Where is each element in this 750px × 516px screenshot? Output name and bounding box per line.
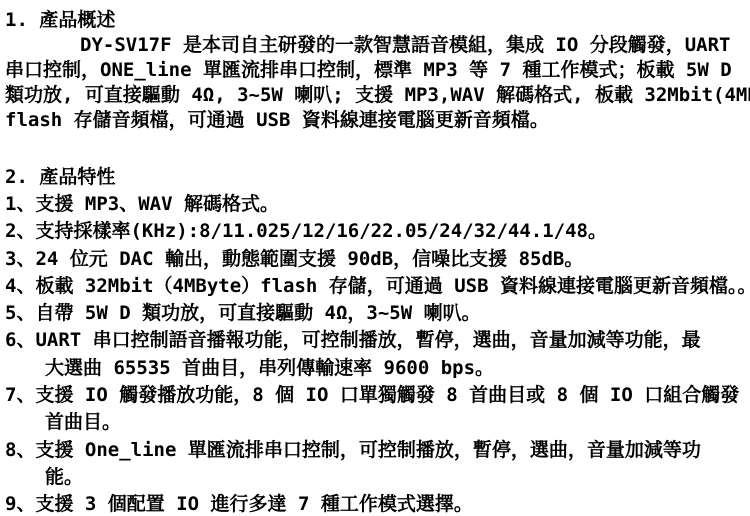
section-features: 2. 產品特性 1、支援 MP3、WAV 解碼格式。 2、支持採樣率(KHz):…: [5, 163, 750, 516]
feature-line: 3、24 位元 DAC 輸出，動態範圍支援 90dB，信噪比支援 85dB。: [5, 246, 750, 273]
feature-line: 4、板載 32Mbit（4MByte）flash 存儲，可通過 USB 資料線連…: [5, 273, 750, 300]
feature-line: 1、支援 MP3、WAV 解碼格式。: [5, 191, 750, 218]
feature-line: 7、支援 IO 觸發播放功能，8 個 IO 口單獨觸發 8 首曲目或 8 個 I…: [5, 382, 750, 409]
document-page: 1. 產品概述 DY-SV17F 是本司自主研發的一款智慧語音模組，集成 IO …: [0, 0, 750, 516]
overview-line: 串口控制，ONE_line 單匯流排串口控制，標準 MP3 等 7 種工作模式；…: [5, 58, 750, 83]
overview-line: DY-SV17F 是本司自主研發的一款智慧語音模組，集成 IO 分段觸發，UAR…: [5, 33, 750, 58]
feature-line: 5、自帶 5W D 類功放，可直接驅動 4Ω，3~5W 喇叭。: [5, 300, 750, 327]
feature-line-continuation: 能。: [5, 464, 750, 491]
feature-line: 9、支援 3 個配置 IO 進行多達 7 種工作模式選擇。: [5, 491, 750, 516]
section2-heading: 2. 產品特性: [5, 163, 750, 191]
overview-line: 類功放, 可直接驅動 4Ω, 3~5W 喇叭; 支援 MP3,WAV 解碼格式,…: [5, 83, 750, 108]
feature-line: 6、UART 串口控制語音播報功能，可控制播放，暫停，選曲，音量加減等功能，最: [5, 327, 750, 354]
feature-line: 2、支持採樣率(KHz):8/11.025/12/16/22.05/24/32/…: [5, 218, 750, 245]
feature-line-continuation: 首曲目。: [5, 409, 750, 436]
feature-line-continuation: 大選曲 65535 首曲目，串列傳輸速率 9600 bps。: [5, 355, 750, 382]
section-gap: [5, 133, 750, 163]
overview-line: flash 存儲音頻檔，可通過 USB 資料線連接電腦更新音頻檔。: [5, 108, 750, 133]
feature-line: 8、支援 One_line 單匯流排串口控制，可控制播放，暫停，選曲，音量加減等…: [5, 437, 750, 464]
section1-heading: 1. 產品概述: [5, 8, 750, 33]
section-overview: 1. 產品概述 DY-SV17F 是本司自主研發的一款智慧語音模組，集成 IO …: [5, 8, 750, 133]
